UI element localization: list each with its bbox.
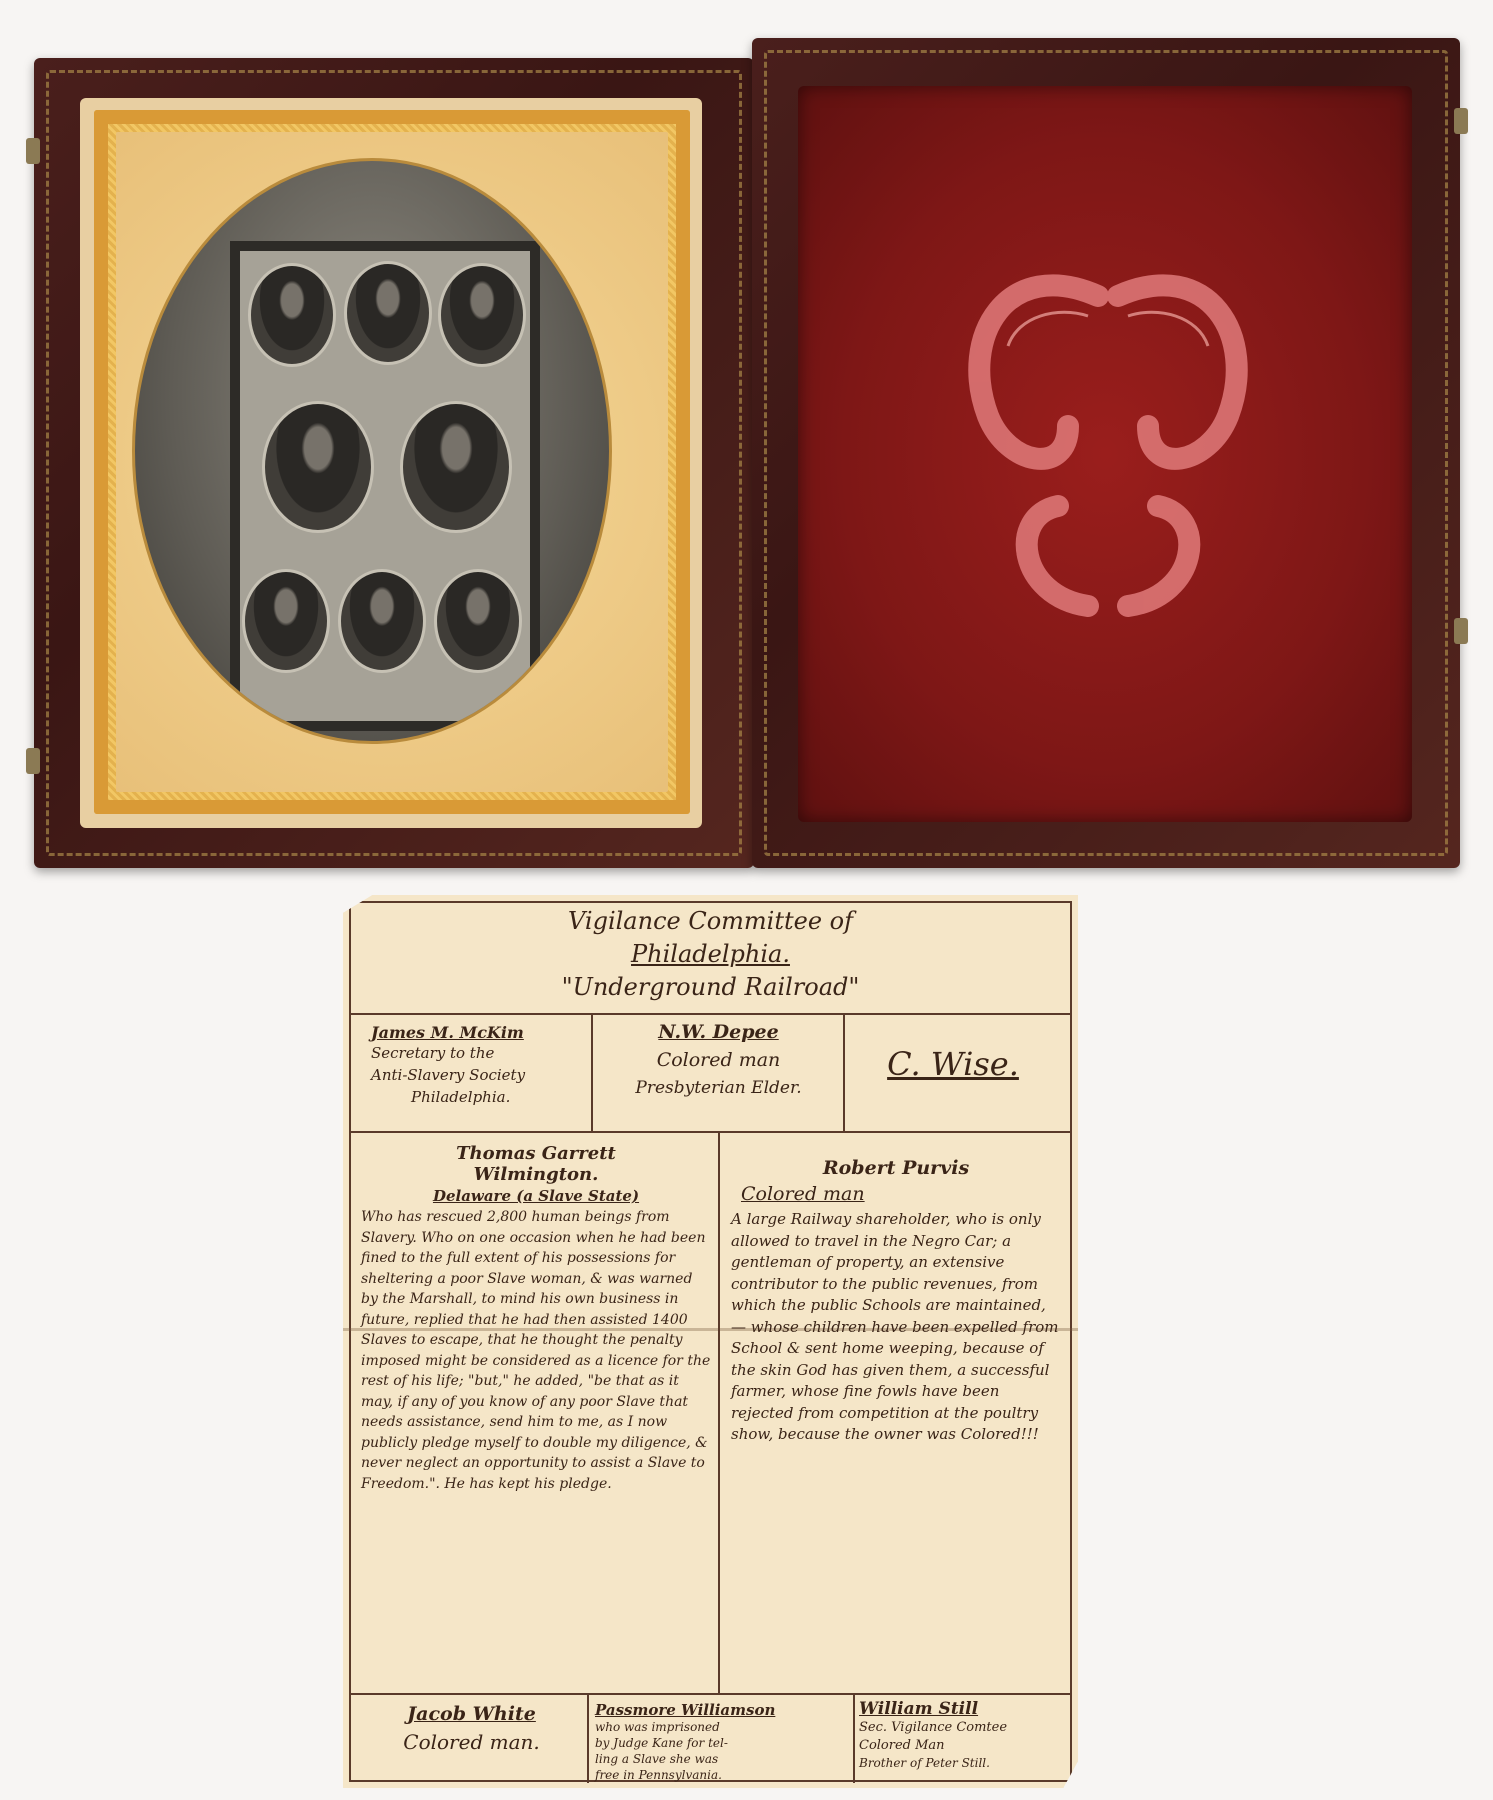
ambrotype-case-right: [752, 38, 1460, 868]
divider: [349, 1693, 1072, 1695]
divider: [843, 1013, 845, 1131]
member-mckim: James M. McKim Secretary to the Anti-Sla…: [371, 1023, 586, 1108]
divider: [587, 1693, 589, 1783]
member-wise: C. Wise.: [853, 1045, 1053, 1083]
card-title: Vigilance Committee of: [343, 905, 1078, 938]
portrait: [262, 401, 374, 533]
identification-card: Vigilance Committee of Philadelphia. "Un…: [343, 895, 1078, 1788]
member-white: Jacob White Colored man.: [359, 1703, 584, 1759]
ambrotype-oval-window: [132, 158, 612, 744]
divider: [853, 1693, 855, 1783]
portrait: [438, 263, 526, 367]
portrait: [400, 401, 512, 533]
embossed-scroll-icon: [948, 256, 1268, 636]
member-depee: N.W. Depee Colored man Presbyterian Elde…: [601, 1021, 836, 1099]
card-header: Vigilance Committee of Philadelphia. "Un…: [343, 905, 1078, 1004]
gilt-brass-mat: [94, 110, 690, 814]
ambrotype-case-left: [34, 58, 754, 868]
hinge-icon: [26, 138, 40, 164]
member-purvis: Robert Purvis Colored man A large Railwa…: [731, 1157, 1061, 1446]
hinge-icon: [26, 748, 40, 774]
divider: [349, 1013, 1072, 1015]
portrait: [434, 569, 522, 673]
velvet-lining: [798, 86, 1412, 822]
composite-portrait-plate: [230, 241, 540, 731]
hinge-icon: [1454, 618, 1468, 644]
portrait: [242, 569, 330, 673]
member-still: William Still Sec. Vigilance Comtee Colo…: [859, 1699, 1064, 1772]
member-garrett: Thomas Garrett Wilmington. Delaware (a S…: [361, 1143, 711, 1494]
portrait: [338, 569, 426, 673]
divider: [349, 1131, 1072, 1133]
portrait: [248, 263, 336, 367]
member-williamson: Passmore Williamson who was imprisoned b…: [595, 1701, 850, 1783]
hinge-icon: [1454, 108, 1468, 134]
portrait: [344, 261, 432, 365]
divider: [591, 1013, 593, 1131]
divider: [718, 1131, 720, 1693]
card-subtitle: "Underground Railroad": [343, 971, 1078, 1004]
card-city: Philadelphia.: [343, 938, 1078, 971]
